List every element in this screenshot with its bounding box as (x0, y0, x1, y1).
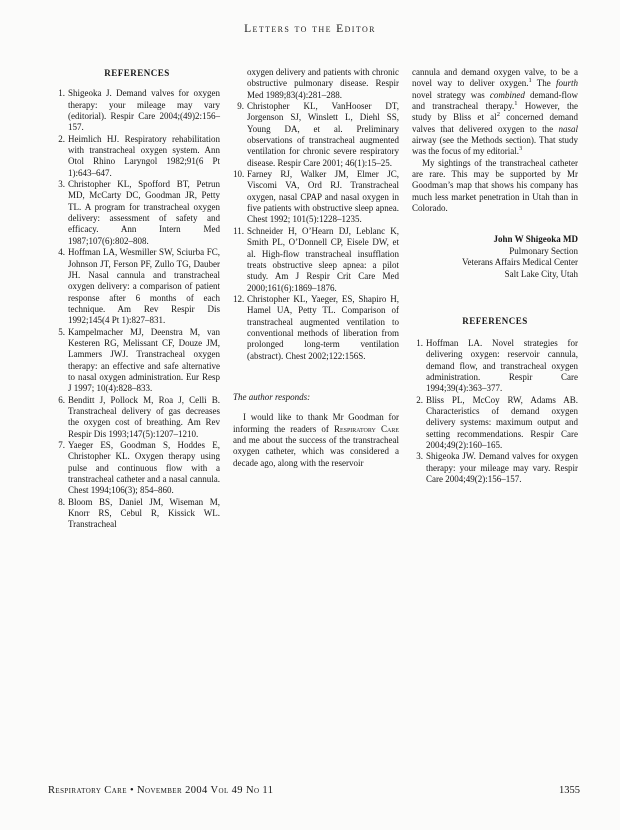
reference-number: 2. (54, 134, 65, 145)
signature-block: John W Shigeoka MD Pulmonary Section Vet… (412, 234, 578, 280)
text-segment: fourth (556, 78, 578, 88)
reference-item: 5.Kampelmacher MJ, Deenstra M, van Keste… (54, 327, 220, 395)
reference-item: 3.Christopher KL, Spofford BT, Petrun MD… (54, 179, 220, 247)
reference-number: 12. (233, 294, 244, 305)
reference-item: 8.Bloom BS, Daniel JM, Wiseman M, Knorr … (54, 497, 220, 531)
reference-item: 3.Shigeoka JW. Demand valves for oxygen … (412, 451, 578, 485)
text-segment: and me about the success of the transtra… (233, 435, 399, 468)
reference-item: 1.Shigeoka J. Demand valves for oxygen t… (54, 88, 220, 133)
author-response-paragraph: I would like to thank Mr Goodman for inf… (233, 412, 399, 469)
author-affiliation-institution: Veterans Affairs Medical Center (412, 257, 578, 269)
reference-number: 4. (54, 247, 65, 258)
journal-citation-line: Respiratory Care • November 2004 Vol 49 … (48, 785, 273, 796)
column-left: REFERENCES 1.Shigeoka J. Demand valves f… (54, 67, 220, 531)
reference-number: 1. (54, 88, 65, 99)
reference-8-continuation: oxygen delivery and patients with chroni… (233, 67, 399, 101)
references-list-left: 1.Shigeoka J. Demand valves for oxygen t… (54, 88, 220, 530)
page-title: Letters to the Editor (0, 0, 620, 35)
reference-item: 1.Hoffman LA. Novel strategies for deliv… (412, 338, 578, 395)
reference-number: 3. (54, 179, 65, 190)
references-heading-right: REFERENCES (412, 316, 578, 327)
text-segment: novel strategy was (412, 90, 490, 100)
page-number: 1355 (559, 785, 580, 796)
author-affiliation-city: Salt Lake City, Utah (412, 269, 578, 281)
text-segment: airway (see the Methods section). That s… (412, 135, 578, 156)
page-footer: Respiratory Care • November 2004 Vol 49 … (48, 785, 580, 796)
sightings-paragraph: My sightings of the transtracheal cathet… (412, 158, 578, 215)
reference-number: 5. (54, 327, 65, 338)
reference-item: 11.Schneider H, O’Hearn DJ, Leblanc K, S… (233, 226, 399, 294)
reference-number: 9. (233, 101, 244, 112)
references-heading-left: REFERENCES (54, 68, 220, 79)
reference-number: 8. (54, 497, 65, 508)
text-segment: Respiratory Care (334, 424, 399, 434)
references-list-right: 1.Hoffman LA. Novel strategies for deliv… (412, 338, 578, 485)
response-continuation-paragraph: cannula and demand oxygen valve, to be a… (412, 67, 578, 158)
author-responds-heading: The author responds: (233, 392, 399, 403)
text-segment: combined (490, 90, 525, 100)
column-middle: oxygen delivery and patients with chroni… (233, 67, 399, 531)
reference-number: 10. (233, 169, 244, 180)
reference-item: 9.Christopher KL, VanHooser DT, Jorgenso… (233, 101, 399, 169)
reference-item: 12.Christopher KL, Yaeger, ES, Shapiro H… (233, 294, 399, 362)
text-segment: 3 (519, 145, 522, 152)
reference-number: 7. (54, 440, 65, 451)
reference-item: 4.Hoffman LA, Wesmiller SW, Sciurba FC, … (54, 247, 220, 326)
reference-number: 6. (54, 395, 65, 406)
text-segment: The (532, 78, 556, 88)
content-columns: REFERENCES 1.Shigeoka J. Demand valves f… (54, 67, 578, 531)
reference-item: 2.Bliss PL, McCoy RW, Adams AB. Characte… (412, 395, 578, 452)
reference-item: 7.Yaeger ES, Goodman S, Hoddes E, Christ… (54, 440, 220, 497)
reference-number: 2. (412, 395, 423, 406)
reference-item: 2.Heimlich HJ. Respiratory rehabilitatio… (54, 134, 220, 179)
references-list-middle: 9.Christopher KL, VanHooser DT, Jorgenso… (233, 101, 399, 362)
reference-number: 1. (412, 338, 423, 349)
text-segment: nasal (558, 124, 578, 134)
reference-item: 10.Farney RJ, Walker JM, Elmer JC, Visco… (233, 169, 399, 226)
author-affiliation-section: Pulmonary Section (412, 246, 578, 258)
reference-number: 11. (233, 226, 244, 237)
reference-number: 3. (412, 451, 423, 462)
journal-page: Letters to the Editor REFERENCES 1.Shige… (0, 0, 620, 830)
column-right: cannula and demand oxygen valve, to be a… (412, 67, 578, 531)
reference-item: 6.Benditt J, Pollock M, Roa J, Celli B. … (54, 395, 220, 440)
author-name: John W Shigeoka MD (412, 234, 578, 246)
